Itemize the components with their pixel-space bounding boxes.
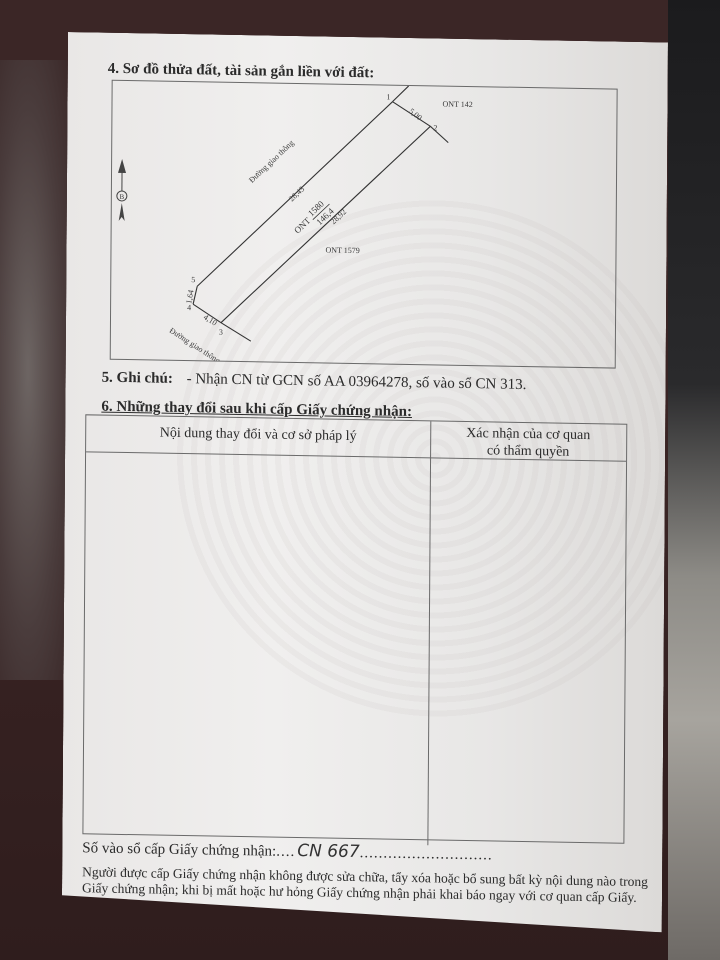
svg-text:ONT 142: ONT 142	[443, 100, 473, 110]
handwritten-registration-number: CN 667	[297, 841, 360, 862]
notes-label: 5. Ghi chú:	[102, 370, 173, 387]
section-4-title: 4. Sơ đồ thửa đất, tài sản gắn liền với …	[108, 61, 375, 83]
svg-text:3: 3	[219, 328, 223, 337]
leader-dots: ....	[276, 844, 295, 860]
svg-text:ONT 1579: ONT 1579	[325, 246, 359, 256]
svg-text:ONT: ONT	[292, 215, 313, 235]
svg-text:28,43: 28,43	[287, 185, 306, 204]
notes-text: - Nhận CN từ GCN số AA 03964278, số vào …	[187, 371, 527, 393]
table-surface-left	[0, 60, 70, 680]
changes-table: Nội dung thay đổi và cơ sở pháp lý Xác n…	[82, 414, 627, 843]
leader-dots-after: ............................	[360, 845, 493, 863]
background-right	[668, 0, 720, 960]
certificate-page: 4. Sơ đồ thửa đất, tài sản gắn liền với …	[62, 32, 668, 932]
column-header-content: Nội dung thay đổi và cơ sở pháp lý	[86, 424, 430, 446]
registration-number-line: Số vào sổ cấp Giấy chứng nhận:....CN 667…	[82, 837, 493, 864]
svg-text:5: 5	[191, 275, 195, 284]
warning-text: Người được cấp Giấy chứng nhận không đượ…	[82, 864, 652, 906]
registration-label: Số vào sổ cấp Giấy chứng nhận:	[82, 840, 276, 859]
land-plot-diagram: B 1 2 3 4	[110, 80, 618, 369]
svg-text:B: B	[119, 193, 124, 201]
svg-text:4,10: 4,10	[202, 312, 219, 327]
svg-text:Đường giao thông: Đường giao thông	[247, 138, 295, 184]
notes-row: 5. Ghi chú: - Nhận CN từ GCN số AA 03964…	[102, 370, 527, 394]
svg-text:2: 2	[433, 123, 437, 132]
svg-text:Đường giao thông: Đường giao thông	[168, 326, 222, 365]
column-header-authority: Xác nhận của cơ quan có thẩm quyền	[430, 424, 626, 461]
north-arrow-icon: B	[117, 159, 127, 221]
column-divider	[427, 421, 431, 845]
svg-text:1: 1	[387, 93, 391, 102]
